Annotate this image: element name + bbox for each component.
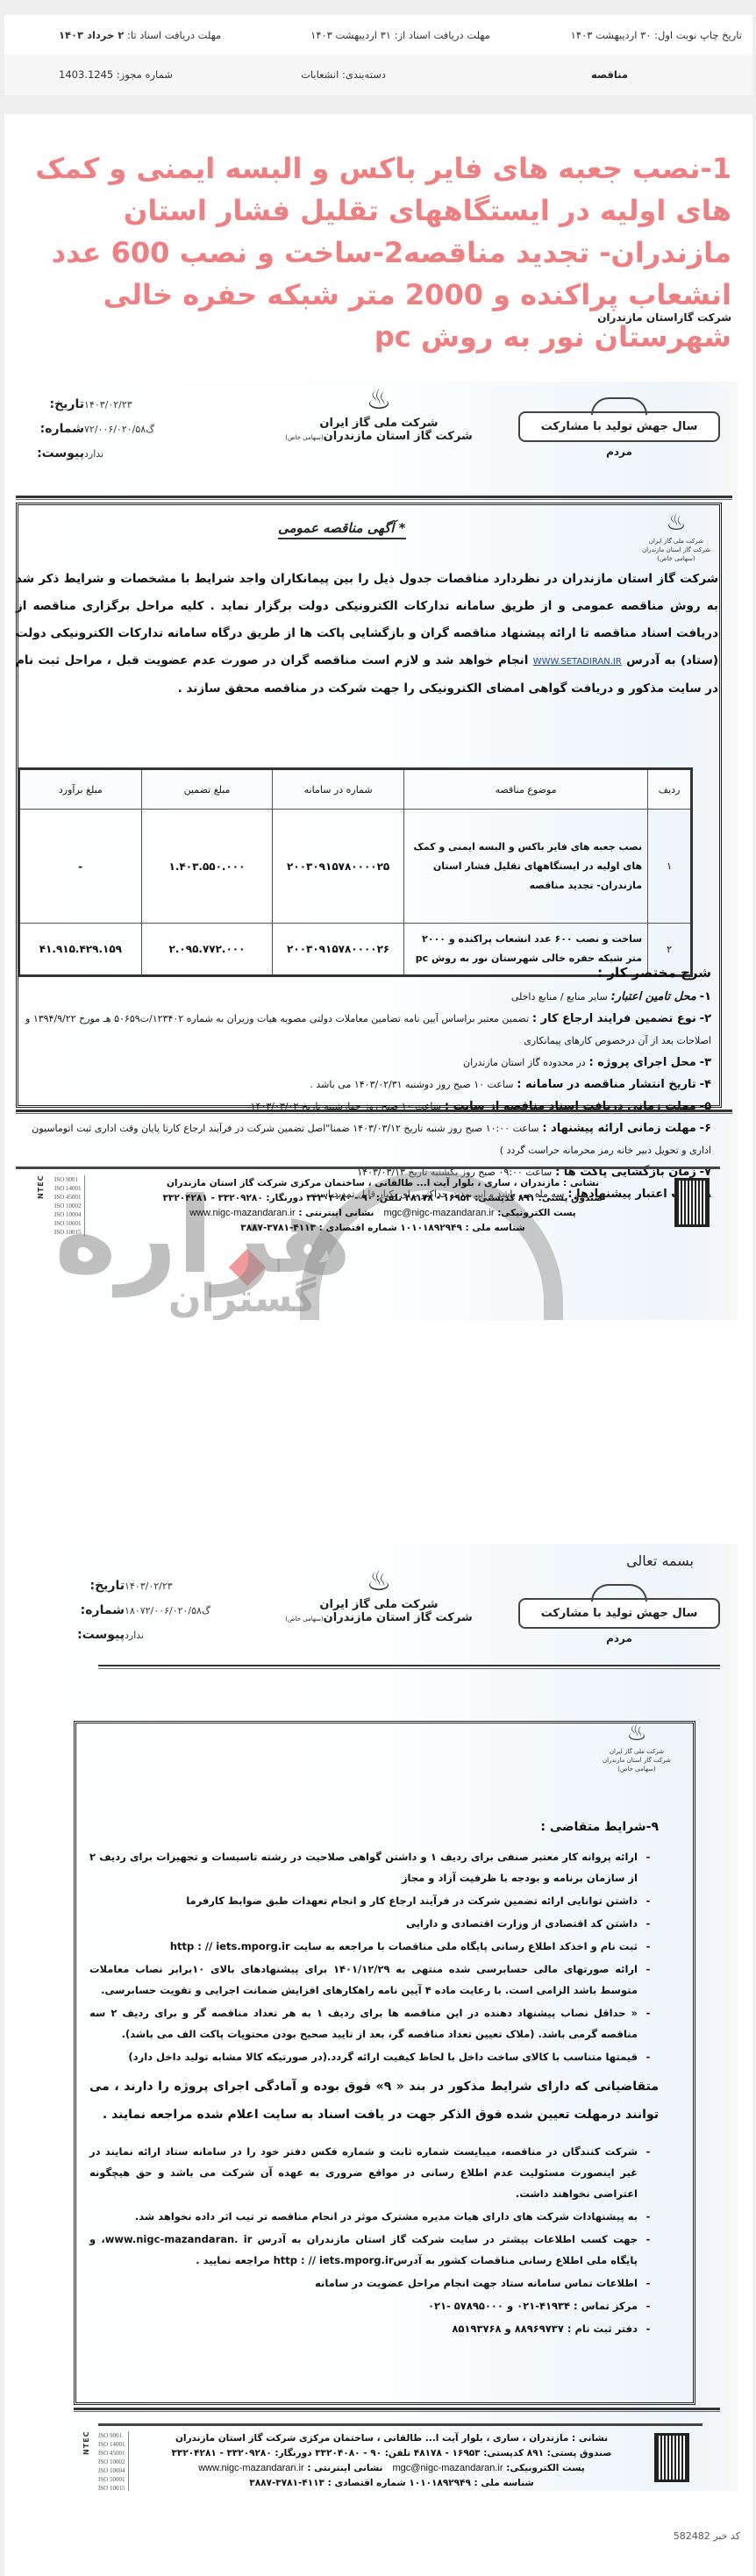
print-date: تاریخ چاپ نوبت اول: ۳۰ اردیبهشت ۱۴۰۳ bbox=[514, 29, 742, 41]
summary-key: محل اجرای پروژه : bbox=[589, 1056, 696, 1069]
print-date-value: ۳۰ اردیبهشت ۱۴۰۳ bbox=[571, 29, 652, 41]
footer-national-id: شناسه ملی : ۱۰۱۰۱۸۹۲۹۴۹ شماره اقتصادی : … bbox=[107, 1221, 659, 1236]
license-label: شماره مجوز: bbox=[117, 68, 173, 81]
letter-attachment-label: پیوست: bbox=[72, 1628, 125, 1642]
slogan-text: سال جهش تولید با مشارکت bbox=[518, 1598, 720, 1629]
letterhead-divider bbox=[16, 496, 732, 500]
letter-attachment: ندارد bbox=[125, 1630, 221, 1641]
letterhead-divider bbox=[98, 1665, 720, 1669]
inner-logo-line-1: شرکت ملی گاز ایران bbox=[641, 537, 711, 546]
news-code: کد خبر 582482 bbox=[674, 2530, 740, 2542]
company-name-provincial-text: شرکت گاز استان مازندران bbox=[324, 430, 473, 443]
condition-item: -شرکت کنندگان در مناقصه، میبایست شماره ث… bbox=[89, 2141, 659, 2204]
letter-date-label: تاریخ: bbox=[32, 397, 84, 411]
summary-item: ۴- تاریخ انتشار مناقصه در سامانه : ساعت … bbox=[19, 1074, 711, 1095]
license-number: شماره مجوز: 1403.1245 bbox=[15, 68, 248, 81]
col-estimate: مبلغ برآورد bbox=[19, 769, 142, 810]
certification-mark-icon: NTEC bbox=[37, 1175, 47, 1237]
summary-key: تاریخ انتشار مناقصه در سامانه : bbox=[517, 1078, 696, 1091]
letter-date-label: تاریخ: bbox=[72, 1579, 125, 1593]
setadiran-link[interactable]: WWW.SETADIRAN.IR bbox=[533, 657, 622, 667]
doc-from-value: ۳۱ اردیبهشت ۱۴۰۳ bbox=[310, 29, 391, 41]
summary-value: ساعت ۱۰ صبح روز دوشنبه ۱۴۰۳/۰۲/۳۱ می باش… bbox=[310, 1079, 513, 1090]
article-title: 1-نصب جعبه های فایر باکس و البسه ایمنی و… bbox=[21, 147, 731, 358]
slogan-text: سال جهش تولید با مشارکت bbox=[518, 411, 720, 442]
inner-flame-emblem-icon: ♨ bbox=[602, 1719, 672, 1747]
notice-bottom-divider bbox=[16, 1110, 732, 1114]
doc-from-date: مهلت دریافت اسناد از: ۳۱ اردیبهشت ۱۴۰۳ bbox=[287, 29, 515, 41]
certification-mark-icon: NTEC bbox=[82, 2431, 93, 2491]
watermark-subtext: گستران bbox=[168, 1276, 316, 1320]
condition-item: -به پیشنهادات شرکت های دارای هیات مدیره … bbox=[89, 2206, 659, 2227]
summary-value: در محدوده گاز استان مازندران bbox=[463, 1057, 586, 1068]
table-row: ۱ نصب جعبه های فایر باکس و البسه ایمنی و… bbox=[19, 810, 692, 924]
footer-address: نشانی : مازندران ، ساری ، بلوار آیت ا...… bbox=[107, 1176, 659, 1191]
category-label: دسته‌بندی: bbox=[342, 68, 386, 81]
license-value: 1403.1245 bbox=[59, 68, 113, 81]
inner-flame-emblem-icon: ♨ bbox=[641, 509, 711, 537]
company-type-note: (سهامی خاص) bbox=[285, 434, 323, 441]
condition-item: -ارائه پروانه کار معتبر صنفی برای ردیف ۱… bbox=[89, 1846, 659, 1888]
notice-heading: * آگهی مناقصه عمومی bbox=[278, 520, 406, 539]
condition-item: -داشتن توانایی ارائه تضمین شرکت در فرآین… bbox=[89, 1890, 659, 1911]
company-name-provincial: شرکت گاز استان مازندران(سهامی خاص) bbox=[265, 1611, 493, 1624]
footer-postal: صندوق پستی: ۸۹۱ کدپستی: ۱۶۹۵۳ - ۴۸۱۷۸ تل… bbox=[107, 1191, 659, 1206]
tenders-table: ردیف موضوع مناقصه شماره در سامانه مبلغ ت… bbox=[18, 767, 693, 977]
summary-value: سایر منابع / منابع داخلی bbox=[511, 991, 608, 1003]
slogan-subtext: مردم bbox=[518, 1632, 720, 1645]
summary-key: مهلت زمانی ارائه پیشنهاد : bbox=[542, 1122, 695, 1135]
condition-item: -اطلاعات تماس سامانه ستاد جهت انجام مراح… bbox=[89, 2273, 659, 2294]
conditions-heading: ۹-شرایط متقاضی : bbox=[89, 1820, 659, 1834]
footer-email[interactable]: mgc@nigc-mazandaran.ir bbox=[392, 2463, 503, 2473]
slogan-subtext: مردم bbox=[518, 446, 720, 458]
tender-type-label[interactable]: مناقصه bbox=[591, 68, 628, 81]
condition-item: -قیمتها متناسب با کالای ساخت داخل با لحا… bbox=[89, 2046, 659, 2067]
letterhead-fields: ۱۴۰۳/۰۲/۲۳ تاریخ: گ۱۸۰۷۲/۰۰۶/۰۲۰/۵۸ شمار… bbox=[72, 1573, 221, 1647]
condition-item: -ثبت نام و اخذکد اطلاع رسانی پایگاه ملی … bbox=[89, 1936, 659, 1957]
company-name-provincial: شرکت گاز استان مازندران(سهامی خاص) bbox=[265, 430, 493, 443]
col-guarantee: مبلغ تضمین bbox=[141, 769, 273, 810]
article-source: شرکت گازاستان مازندران bbox=[597, 311, 731, 324]
company-footer: نشانی : مازندران ، ساری ، بلوار آیت ا...… bbox=[142, 2431, 641, 2491]
condition-item: -داشتن کد اقتصادی از وزارت اقتصادی و دار… bbox=[89, 1913, 659, 1934]
inner-logo-line-3: (سهامی خاص) bbox=[641, 554, 711, 563]
category: دسته‌بندی: انشعابات bbox=[248, 68, 438, 81]
doc-from-label: مهلت دریافت اسناد از: bbox=[395, 29, 490, 41]
nigc-flame-emblem-icon: ♨ bbox=[265, 1563, 493, 1598]
summary-item: ۱- محل تامین اعتبار: سایر منابع / منابع … bbox=[19, 986, 711, 1008]
footer-website[interactable]: www.nigc-mazandaran.ir bbox=[189, 1208, 295, 1218]
bidder-conditions: ۹-شرایط متقاضی : -ارائه پروانه کار معتبر… bbox=[89, 1820, 659, 2341]
table-header-row: ردیف موضوع مناقصه شماره در سامانه مبلغ ت… bbox=[19, 769, 692, 810]
year-slogan: سال جهش تولید با مشارکت مردم bbox=[518, 392, 720, 458]
condition-item: -ارائه صورتهای مالی حسابرسی شده منتهی به… bbox=[89, 1959, 659, 2001]
footer-contact: پست الکترونیکی: mgc@nigc-mazandaran.ir ن… bbox=[107, 1206, 659, 1221]
col-row: ردیف bbox=[648, 769, 692, 810]
category-value[interactable]: انشعابات bbox=[301, 68, 339, 81]
doc-to-label: مهلت دریافت اسناد تا: bbox=[127, 29, 221, 41]
iso-certifications: ISO 9001ISO 14001ISO 45001ISO 10002ISO 1… bbox=[54, 1175, 85, 1237]
work-summary-heading: شرح مختصر کار : bbox=[19, 965, 711, 981]
print-date-label: تاریخ چاپ نوبت اول: bbox=[654, 29, 742, 41]
footer-email[interactable]: mgc@nigc-mazandaran.ir bbox=[383, 1208, 494, 1218]
iso-certifications: ISO 9001ISO 14001ISO 45001ISO 10002ISO 1… bbox=[98, 2431, 129, 2491]
tender-meta-card: تاریخ چاپ نوبت اول: ۳۰ اردیبهشت ۱۴۰۳ مهل… bbox=[4, 15, 752, 95]
company-name-national: شرکت ملی گاز ایران bbox=[265, 417, 493, 430]
condition-item: -مرکز تماس : ۴۱۹۳۴-۰۲۱ و ۵۷۸۹۵۰۰۰ -۰۲۱ bbox=[89, 2295, 659, 2316]
letter-number: گ۷۲/۰۰۶/۰۲۰/۵۸ bbox=[84, 424, 181, 435]
inner-logo-line-2: شرکت گاز استان مازندران bbox=[641, 546, 711, 554]
letterhead: ۱۴۰۳/۰۲/۲۳ تاریخ: گ۷۲/۰۰۶/۰۲۰/۵۸ شماره: … bbox=[11, 382, 738, 469]
qr-code-icon bbox=[654, 2433, 689, 2482]
condition-item: -دفتر ثبت نام : ۸۸۹۶۹۷۳۷ و ۸۵۱۹۳۷۶۸ bbox=[89, 2318, 659, 2339]
doc-to-value: ۲ خرداد ۱۴۰۳ bbox=[59, 29, 124, 41]
summary-key: نوع تضمین فرایند ارجاع کار : bbox=[532, 1012, 696, 1025]
conditions-bottom-divider bbox=[74, 2408, 720, 2412]
cell-guarantee: ۱.۴۰۳.۵۵۰.۰۰۰ bbox=[141, 810, 273, 924]
inner-nigc-logo: ♨ شرکت ملی گاز ایران شرکت گاز استان مازن… bbox=[602, 1719, 672, 1773]
summary-item: ۶- مهلت زمانی ارائه پیشنهاد : ساعت ۱۰:۰۰… bbox=[19, 1117, 711, 1161]
letter-date: ۱۴۰۳/۰۲/۲۳ bbox=[125, 1581, 221, 1592]
year-slogan: سال جهش تولید با مشارکت مردم bbox=[518, 1579, 720, 1645]
summary-item: ۳- محل اجرای پروژه : در محدوده گاز استان… bbox=[19, 1052, 711, 1074]
letter-number: گ۱۸۰۷۲/۰۰۶/۰۲۰/۵۸ bbox=[125, 1605, 221, 1616]
nigc-logo-block: ♨ شرکت ملی گاز ایران شرکت گاز استان مازن… bbox=[265, 1563, 493, 1624]
meta-dates-row: تاریخ چاپ نوبت اول: ۳۰ اردیبهشت ۱۴۰۳ مهل… bbox=[4, 15, 752, 54]
cell-subject: نصب جعبه های فایر باکس و البسه ایمنی و ک… bbox=[404, 810, 648, 924]
summary-key: محل تامین اعتبار: bbox=[611, 990, 696, 1003]
inner-nigc-logo: ♨ شرکت ملی گاز ایران شرکت گاز استان مازن… bbox=[641, 509, 711, 563]
cell-system-number: ۲۰۰۳۰۹۱۵۷۸۰۰۰۰۲۵ bbox=[273, 810, 404, 924]
condition-item: -« حداقل نصاب پیشنهاد دهنده در این مناقص… bbox=[89, 2002, 659, 2044]
dome-ornament-icon bbox=[518, 392, 720, 411]
letter-attachment: ندارد bbox=[84, 448, 181, 460]
meta-info-row: مناقصه دسته‌بندی: انشعابات شماره مجوز: 1… bbox=[4, 54, 752, 94]
company-name-national: شرکت ملی گاز ایران bbox=[265, 1598, 493, 1611]
conditions-closing: متقاضیانی که دارای شرایط مذکور در بند « … bbox=[89, 2073, 659, 2129]
scanned-notice-page-1: ۱۴۰۳/۰۲/۲۳ تاریخ: گ۷۲/۰۰۶/۰۲۰/۵۸ شماره: … bbox=[11, 382, 738, 1320]
qr-code-icon bbox=[674, 1178, 710, 1227]
footer-divider bbox=[16, 1167, 720, 1169]
scanned-notice-page-2: بسمه تعالی ۱۴۰۳/۰۲/۲۳ تاریخ: گ۱۸۰۷۲/۰۰۶/… bbox=[11, 1544, 738, 2491]
letter-number-label: شماره: bbox=[72, 1603, 125, 1617]
nigc-logo-block: ♨ شرکت ملی گاز ایران شرکت گاز استان مازن… bbox=[265, 382, 493, 443]
dome-ornament-icon bbox=[518, 1579, 720, 1598]
condition-item: -جهت کسب اطلاعات بیشتر در سایت شرکت گاز … bbox=[89, 2229, 659, 2271]
summary-item: ۲- نوع تضمین فرایند ارجاع کار : تضمین مع… bbox=[19, 1008, 711, 1052]
letterhead-fields: ۱۴۰۳/۰۲/۲۳ تاریخ: گ۷۲/۰۰۶/۰۲۰/۵۸ شماره: … bbox=[32, 392, 181, 466]
cell-estimate: - bbox=[19, 810, 142, 924]
doc-to-date: مهلت دریافت اسناد تا: ۲ خرداد ۱۴۰۳ bbox=[15, 29, 287, 41]
cell-row: ۱ bbox=[648, 810, 692, 924]
letter-attachment-label: پیوست: bbox=[32, 446, 84, 460]
letter-date: ۱۴۰۳/۰۲/۲۳ bbox=[84, 399, 181, 410]
summary-item: ۵- مهلت زمانی دریافت اسناد مناقصه از سای… bbox=[19, 1095, 711, 1117]
tender-type: مناقصه bbox=[439, 68, 742, 81]
letterhead: ۱۴۰۳/۰۲/۲۳ تاریخ: گ۱۸۰۷۲/۰۰۶/۰۲۰/۵۸ شمار… bbox=[11, 1563, 738, 1651]
footer-website[interactable]: www.nigc-mazandaran.ir bbox=[198, 2463, 303, 2473]
col-subject: موضوع مناقصه bbox=[404, 769, 648, 810]
company-footer: نشانی : مازندران ، ساری ، بلوار آیت ا...… bbox=[107, 1176, 659, 1236]
letter-number-label: شماره: bbox=[32, 422, 84, 436]
nigc-flame-emblem-icon: ♨ bbox=[265, 382, 493, 417]
watermark-diamond-icon bbox=[229, 1249, 266, 1286]
notice-intro: شرکت گاز استان مازندران در نظردارد مناقص… bbox=[16, 566, 718, 703]
col-system-number: شماره در سامانه bbox=[273, 769, 404, 810]
footer-divider bbox=[98, 2423, 703, 2426]
